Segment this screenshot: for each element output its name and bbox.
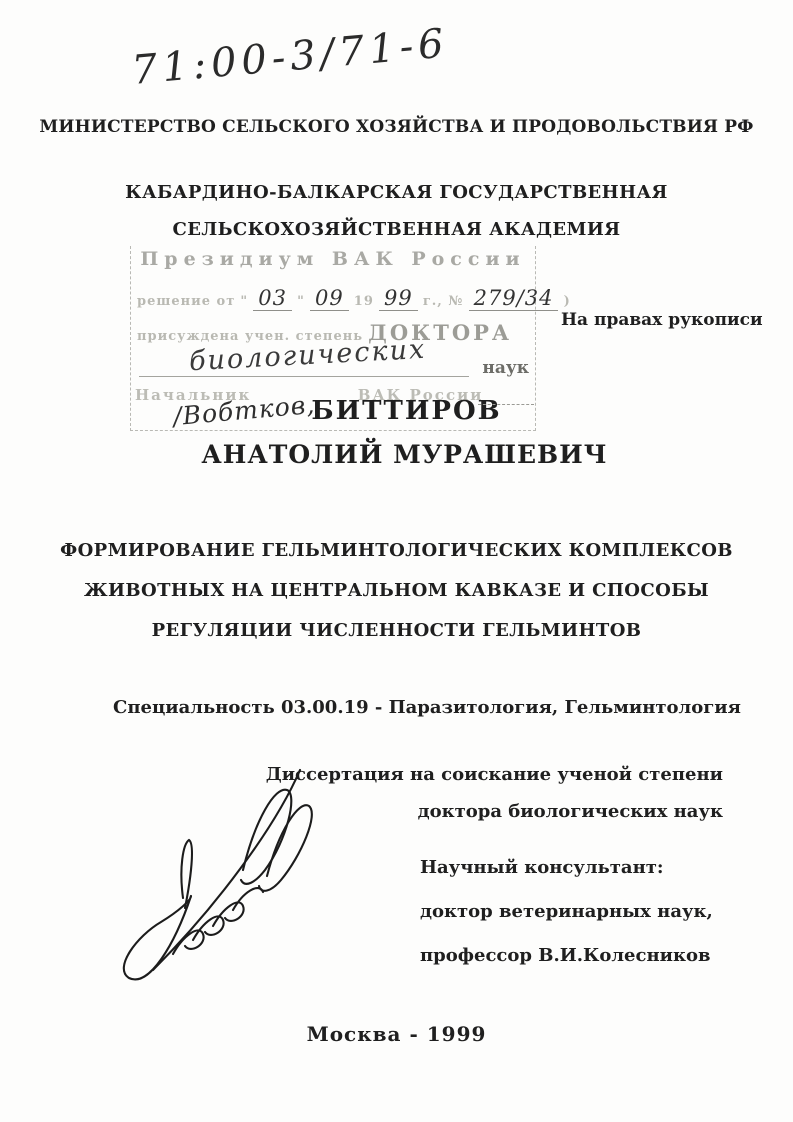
city-year-line: Москва - 1999 [0, 1022, 793, 1046]
stamp-decision-line: решение от " 03 " 09 19 99 г., № 279/34 … [137, 286, 531, 310]
stamp-field-underline [139, 376, 469, 377]
dissertation-line-2: доктора биологических наук [418, 801, 723, 822]
stamp-year-prefix: 19 [354, 294, 374, 309]
stamp-header: Президиум ВАК России [131, 248, 535, 270]
stamp-bracket: ) [564, 294, 571, 309]
academy-line-2: СЕЛЬСКОХОЗЯЙСТВЕННАЯ АКАДЕМИЯ [0, 219, 793, 240]
author-surname: БИТТИРОВ [10, 396, 793, 426]
dissertation-title-page: 71:00-3/71-6 МИНИСТЕРСТВО СЕЛЬСКОГО ХОЗЯ… [0, 0, 793, 1122]
title-line-2: ЖИВОТНЫХ НА ЦЕНТРАЛЬНОМ КАВКАЗЕ И СПОСОБ… [0, 580, 793, 601]
catalog-number-handwritten: 71:00-3/71-6 [130, 20, 450, 94]
academy-line-1: КАБАРДИНО-БАЛКАРСКАЯ ГОСУДАРСТВЕННАЯ [0, 182, 793, 203]
ministry-line: МИНИСТЕРСТВО СЕЛЬСКОГО ХОЗЯЙСТВА И ПРОДО… [0, 117, 793, 137]
stamp-field-suffix: наук [482, 358, 529, 378]
stamp-date-suffix: г., № [423, 294, 464, 309]
stamp-decision-label: решение от [137, 294, 235, 309]
manuscript-rights-note: На правах рукописи [561, 310, 763, 330]
stamp-open-quote: " [240, 294, 248, 309]
consultant-signature-handwritten [95, 748, 325, 983]
author-given-names: АНАТОЛИЙ МУРАШЕВИЧ [8, 440, 793, 469]
stamp-year-handwritten: 99 [379, 286, 418, 311]
consultant-label: Научный консультант: [420, 846, 713, 890]
consultant-line-2: профессор В.И.Колесников [420, 934, 713, 978]
consultant-block: Научный консультант: доктор ветеринарных… [420, 846, 713, 978]
title-line-1: ФОРМИРОВАНИЕ ГЕЛЬМИНТОЛОГИЧЕСКИХ КОМПЛЕК… [0, 540, 793, 561]
stamp-close-quote: " [297, 294, 305, 309]
stamp-number-handwritten: 279/34 [469, 286, 559, 311]
title-line-3: РЕГУЛЯЦИИ ЧИСЛЕННОСТИ ГЕЛЬМИНТОВ [0, 620, 793, 641]
stamp-month-handwritten: 09 [310, 286, 349, 311]
stamp-bottom-dash [478, 404, 534, 405]
specialty-line: Специальность 03.00.19 - Паразитология, … [113, 697, 741, 718]
stamp-day-handwritten: 03 [253, 286, 292, 311]
consultant-line-1: доктор ветеринарных наук, [420, 890, 713, 934]
dissertation-line-1: Диссертация на соискание ученой степени [266, 764, 723, 785]
